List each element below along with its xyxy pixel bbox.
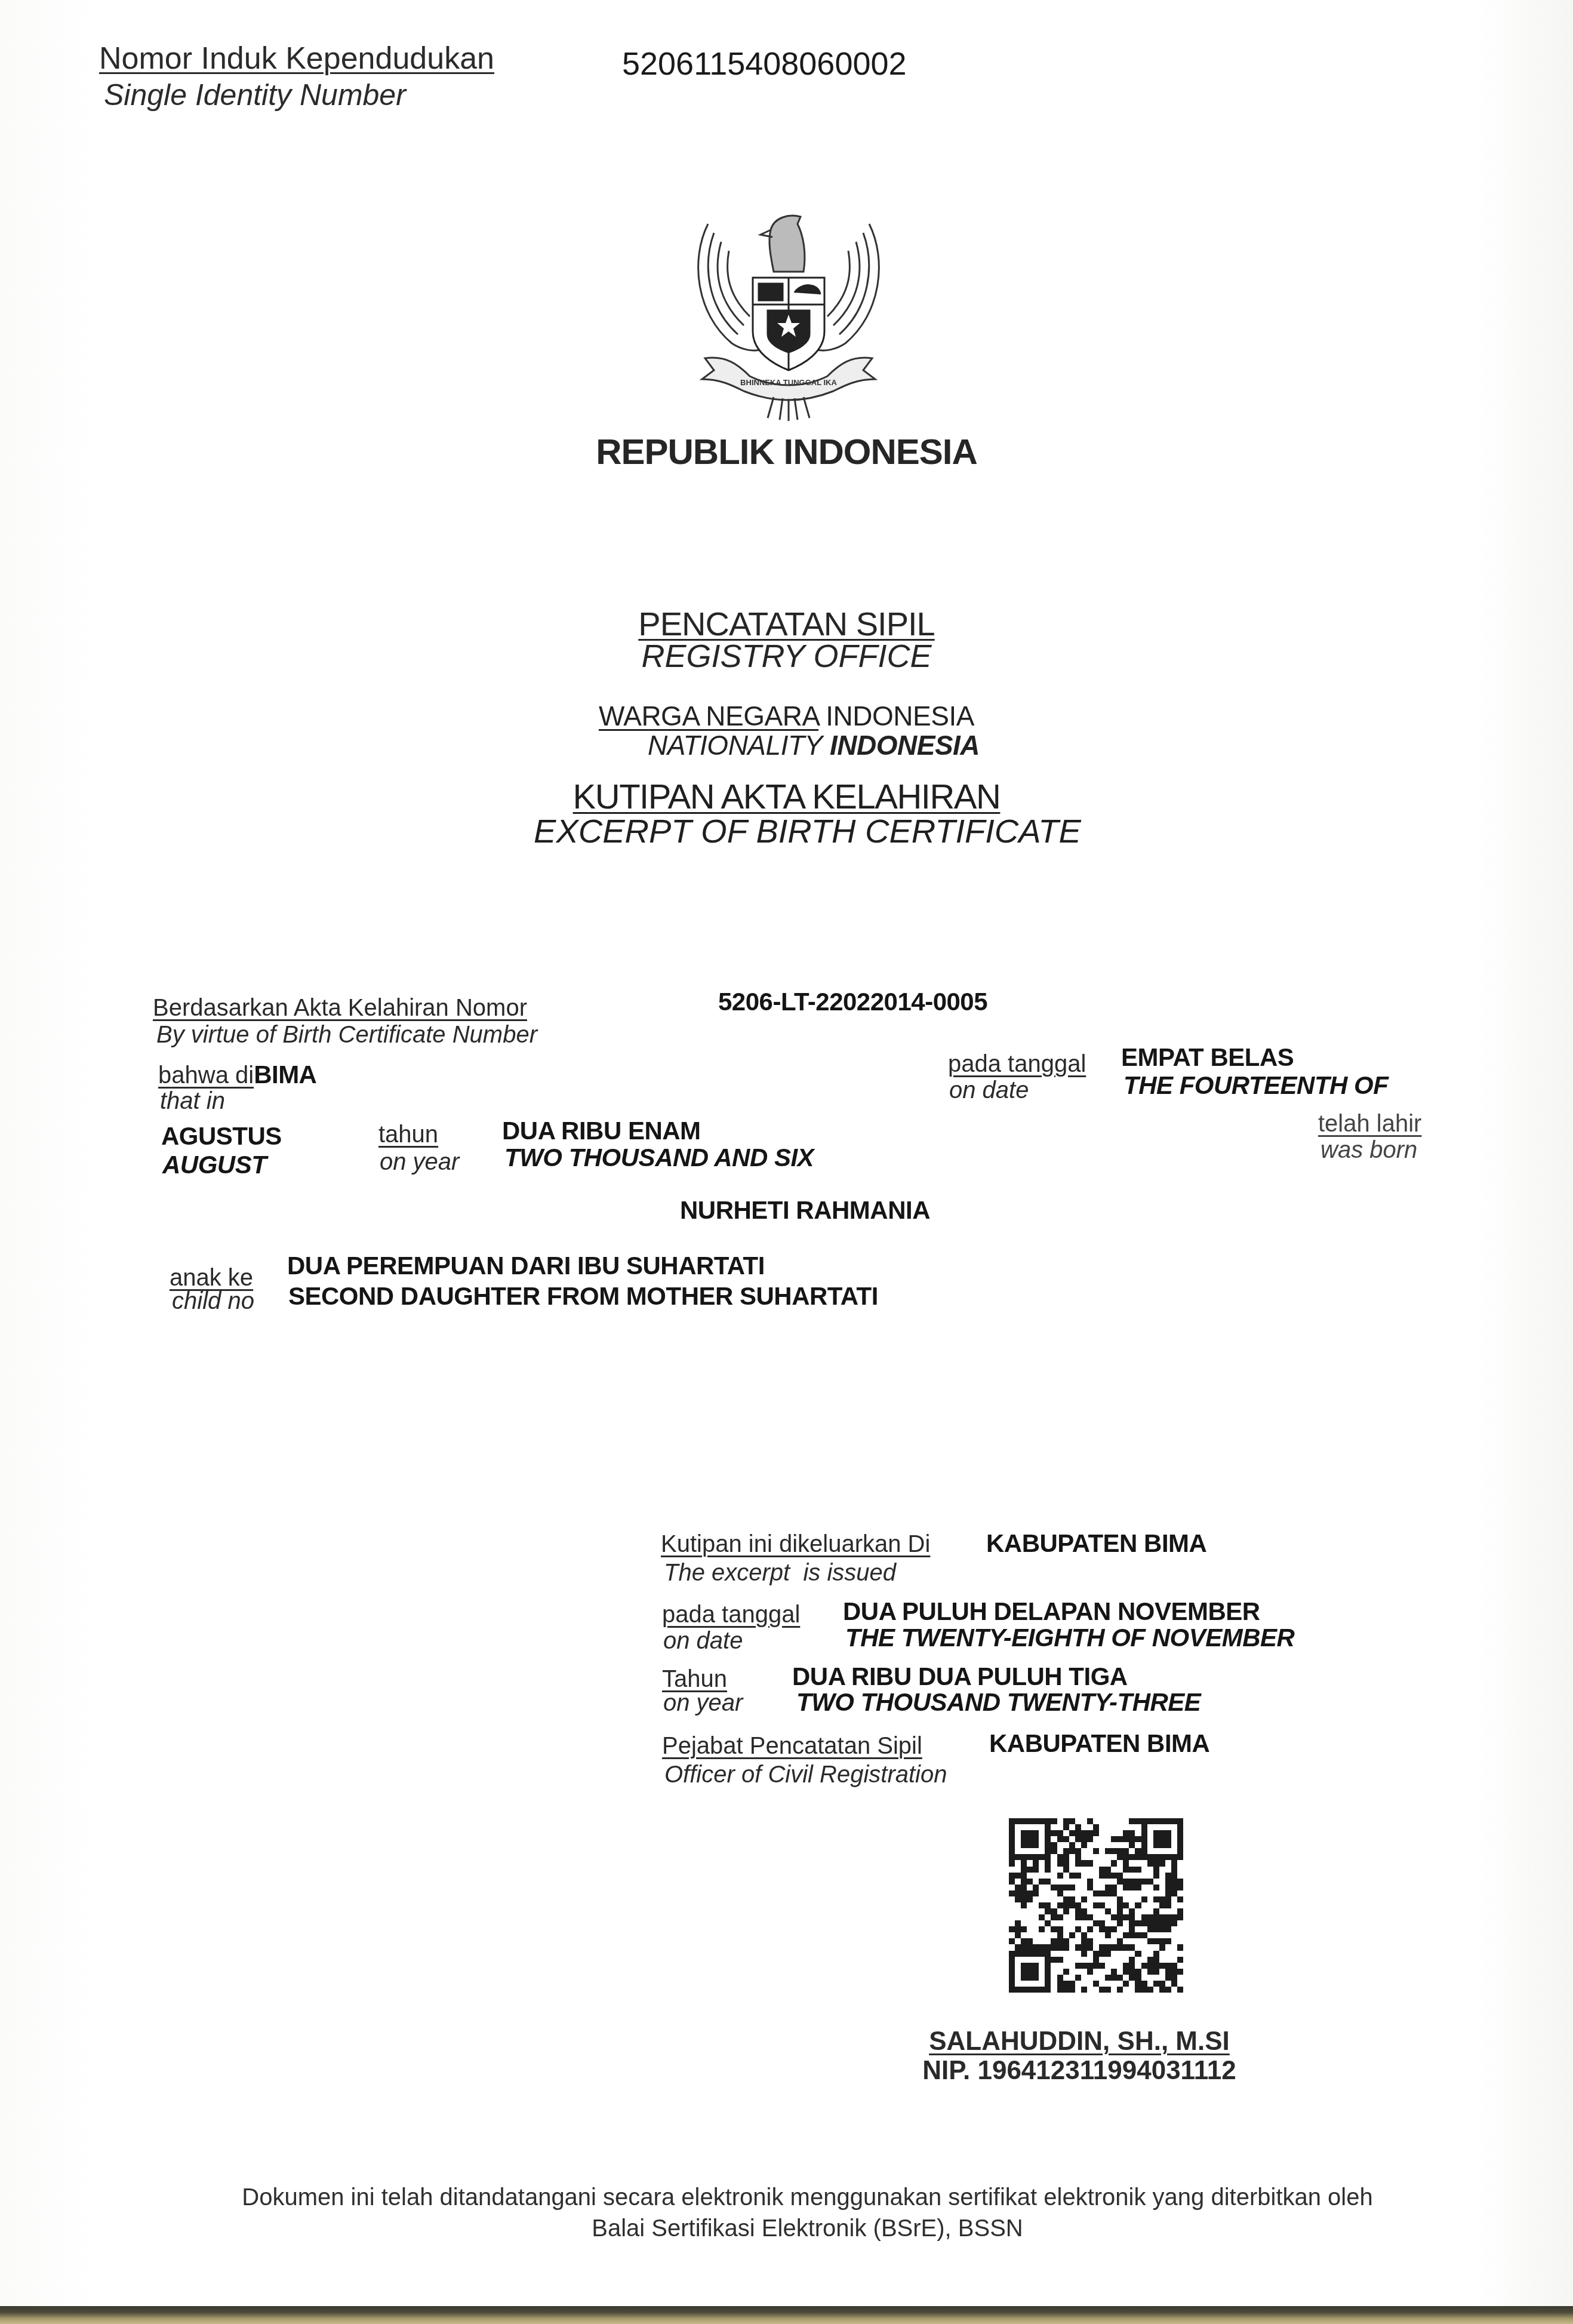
place-label-en: that in — [160, 1089, 225, 1113]
place-value: BIMA — [254, 1060, 316, 1089]
child-no-label: anak ke — [170, 1266, 253, 1290]
born-label-en: was born — [1320, 1138, 1417, 1162]
birth-day-value-en: THE FOURTEENTH OF — [1123, 1073, 1388, 1098]
nationality-label-en: NATIONALITY — [648, 730, 823, 761]
issued-label: Kutipan ini dikeluarkan Di — [661, 1532, 930, 1556]
nationality-value: INDONESIA — [826, 700, 974, 731]
place-row: bahwa diBIMA — [158, 1062, 316, 1087]
nationality-row: WARGA NEGARA INDONESIA — [599, 702, 974, 730]
child-name: NURHETI RAHMANIA — [680, 1198, 930, 1223]
officer-value: KABUPATEN BIMA — [989, 1731, 1209, 1756]
nationality-row-en: NATIONALITY INDONESIA — [648, 731, 980, 759]
birth-date-label: pada tanggal — [948, 1052, 1086, 1076]
issued-label-en: The excerpt is issued — [664, 1561, 896, 1585]
country-title: REPUBLIK INDONESIA — [0, 434, 1573, 470]
born-label: telah lahir — [1318, 1112, 1421, 1136]
document-title-en: EXCERPT OF BIRTH CERTIFICATE — [21, 814, 1573, 848]
footer-line-2: Balai Sertifikasi Elektronik (BSrE), BSS… — [21, 2217, 1573, 2240]
birth-year-value: DUA RIBU ENAM — [502, 1118, 701, 1143]
issue-year-label-en: on year — [663, 1691, 743, 1715]
issue-year-value: DUA RIBU DUA PULUH TIGA — [792, 1664, 1128, 1689]
officer-label: Pejabat Pencatatan Sipil — [662, 1734, 922, 1758]
birth-date-label-en: on date — [949, 1078, 1029, 1102]
issued-place: KABUPATEN BIMA — [986, 1531, 1206, 1556]
nik-label-en: Single Identity Number — [104, 80, 406, 110]
cert-number-value: 5206-LT-22022014-0005 — [718, 989, 987, 1015]
birth-year-label-en: on year — [380, 1150, 459, 1174]
issue-year-label: Tahun — [662, 1667, 727, 1691]
qr-code-icon — [1009, 1818, 1183, 1993]
birth-year-value-en: TWO THOUSAND AND SIX — [504, 1145, 814, 1170]
issue-date-label-en: on date — [663, 1629, 743, 1653]
birth-year-label: tahun — [378, 1123, 438, 1146]
issue-year-value-en: TWO THOUSAND TWENTY-THREE — [796, 1690, 1200, 1715]
cert-number-label: Berdasarkan Akta Kelahiran Nomor — [153, 996, 527, 1020]
child-no-value: DUA PEREMPUAN DARI IBU SUHARTATI — [287, 1253, 765, 1278]
cert-number-label-en: By virtue of Birth Certificate Number — [156, 1023, 537, 1047]
issue-date-label: pada tanggal — [662, 1603, 800, 1627]
office-title: PENCATATAN SIPIL — [0, 607, 1573, 641]
issue-date-value-en: THE TWENTY-EIGHTH OF NOVEMBER — [845, 1625, 1294, 1650]
place-label: bahwa di — [158, 1062, 254, 1089]
svg-text:BHINNEKA TUNGGAL IKA: BHINNEKA TUNGGAL IKA — [740, 378, 837, 387]
birth-day-value: EMPAT BELAS — [1121, 1045, 1294, 1070]
document-title: KUTIPAN AKTA KELAHIRAN — [0, 780, 1573, 814]
birth-month-value: AGUSTUS — [161, 1124, 282, 1149]
issue-date-value: DUA PULUH DELAPAN NOVEMBER — [843, 1599, 1260, 1624]
nationality-label: WARGA NEGARA — [599, 700, 818, 731]
footer-line-1: Dokumen ini telah ditandatangani secara … — [21, 2185, 1573, 2209]
signer-nip: NIP. 196412311994031112 — [922, 2058, 1236, 2084]
nationality-value-en: INDONESIA — [830, 730, 980, 761]
officer-label-en: Officer of Civil Registration — [664, 1763, 947, 1787]
page-bottom-edge — [0, 2306, 1573, 2324]
nik-value: 5206115408060002 — [622, 48, 907, 80]
child-no-label-en: child no — [172, 1289, 254, 1313]
garuda-pancasila-emblem-icon: BHINNEKA TUNGGAL IKA — [684, 206, 893, 424]
child-no-value-en: SECOND DAUGHTER FROM MOTHER SUHARTATI — [288, 1284, 878, 1309]
birth-month-value-en: AUGUST — [162, 1152, 266, 1178]
office-title-en: REGISTRY OFFICE — [0, 640, 1573, 672]
nik-label: Nomor Induk Kependudukan — [99, 43, 494, 74]
signer-name: SALAHUDDIN, SH., M.SI — [929, 2028, 1230, 2055]
